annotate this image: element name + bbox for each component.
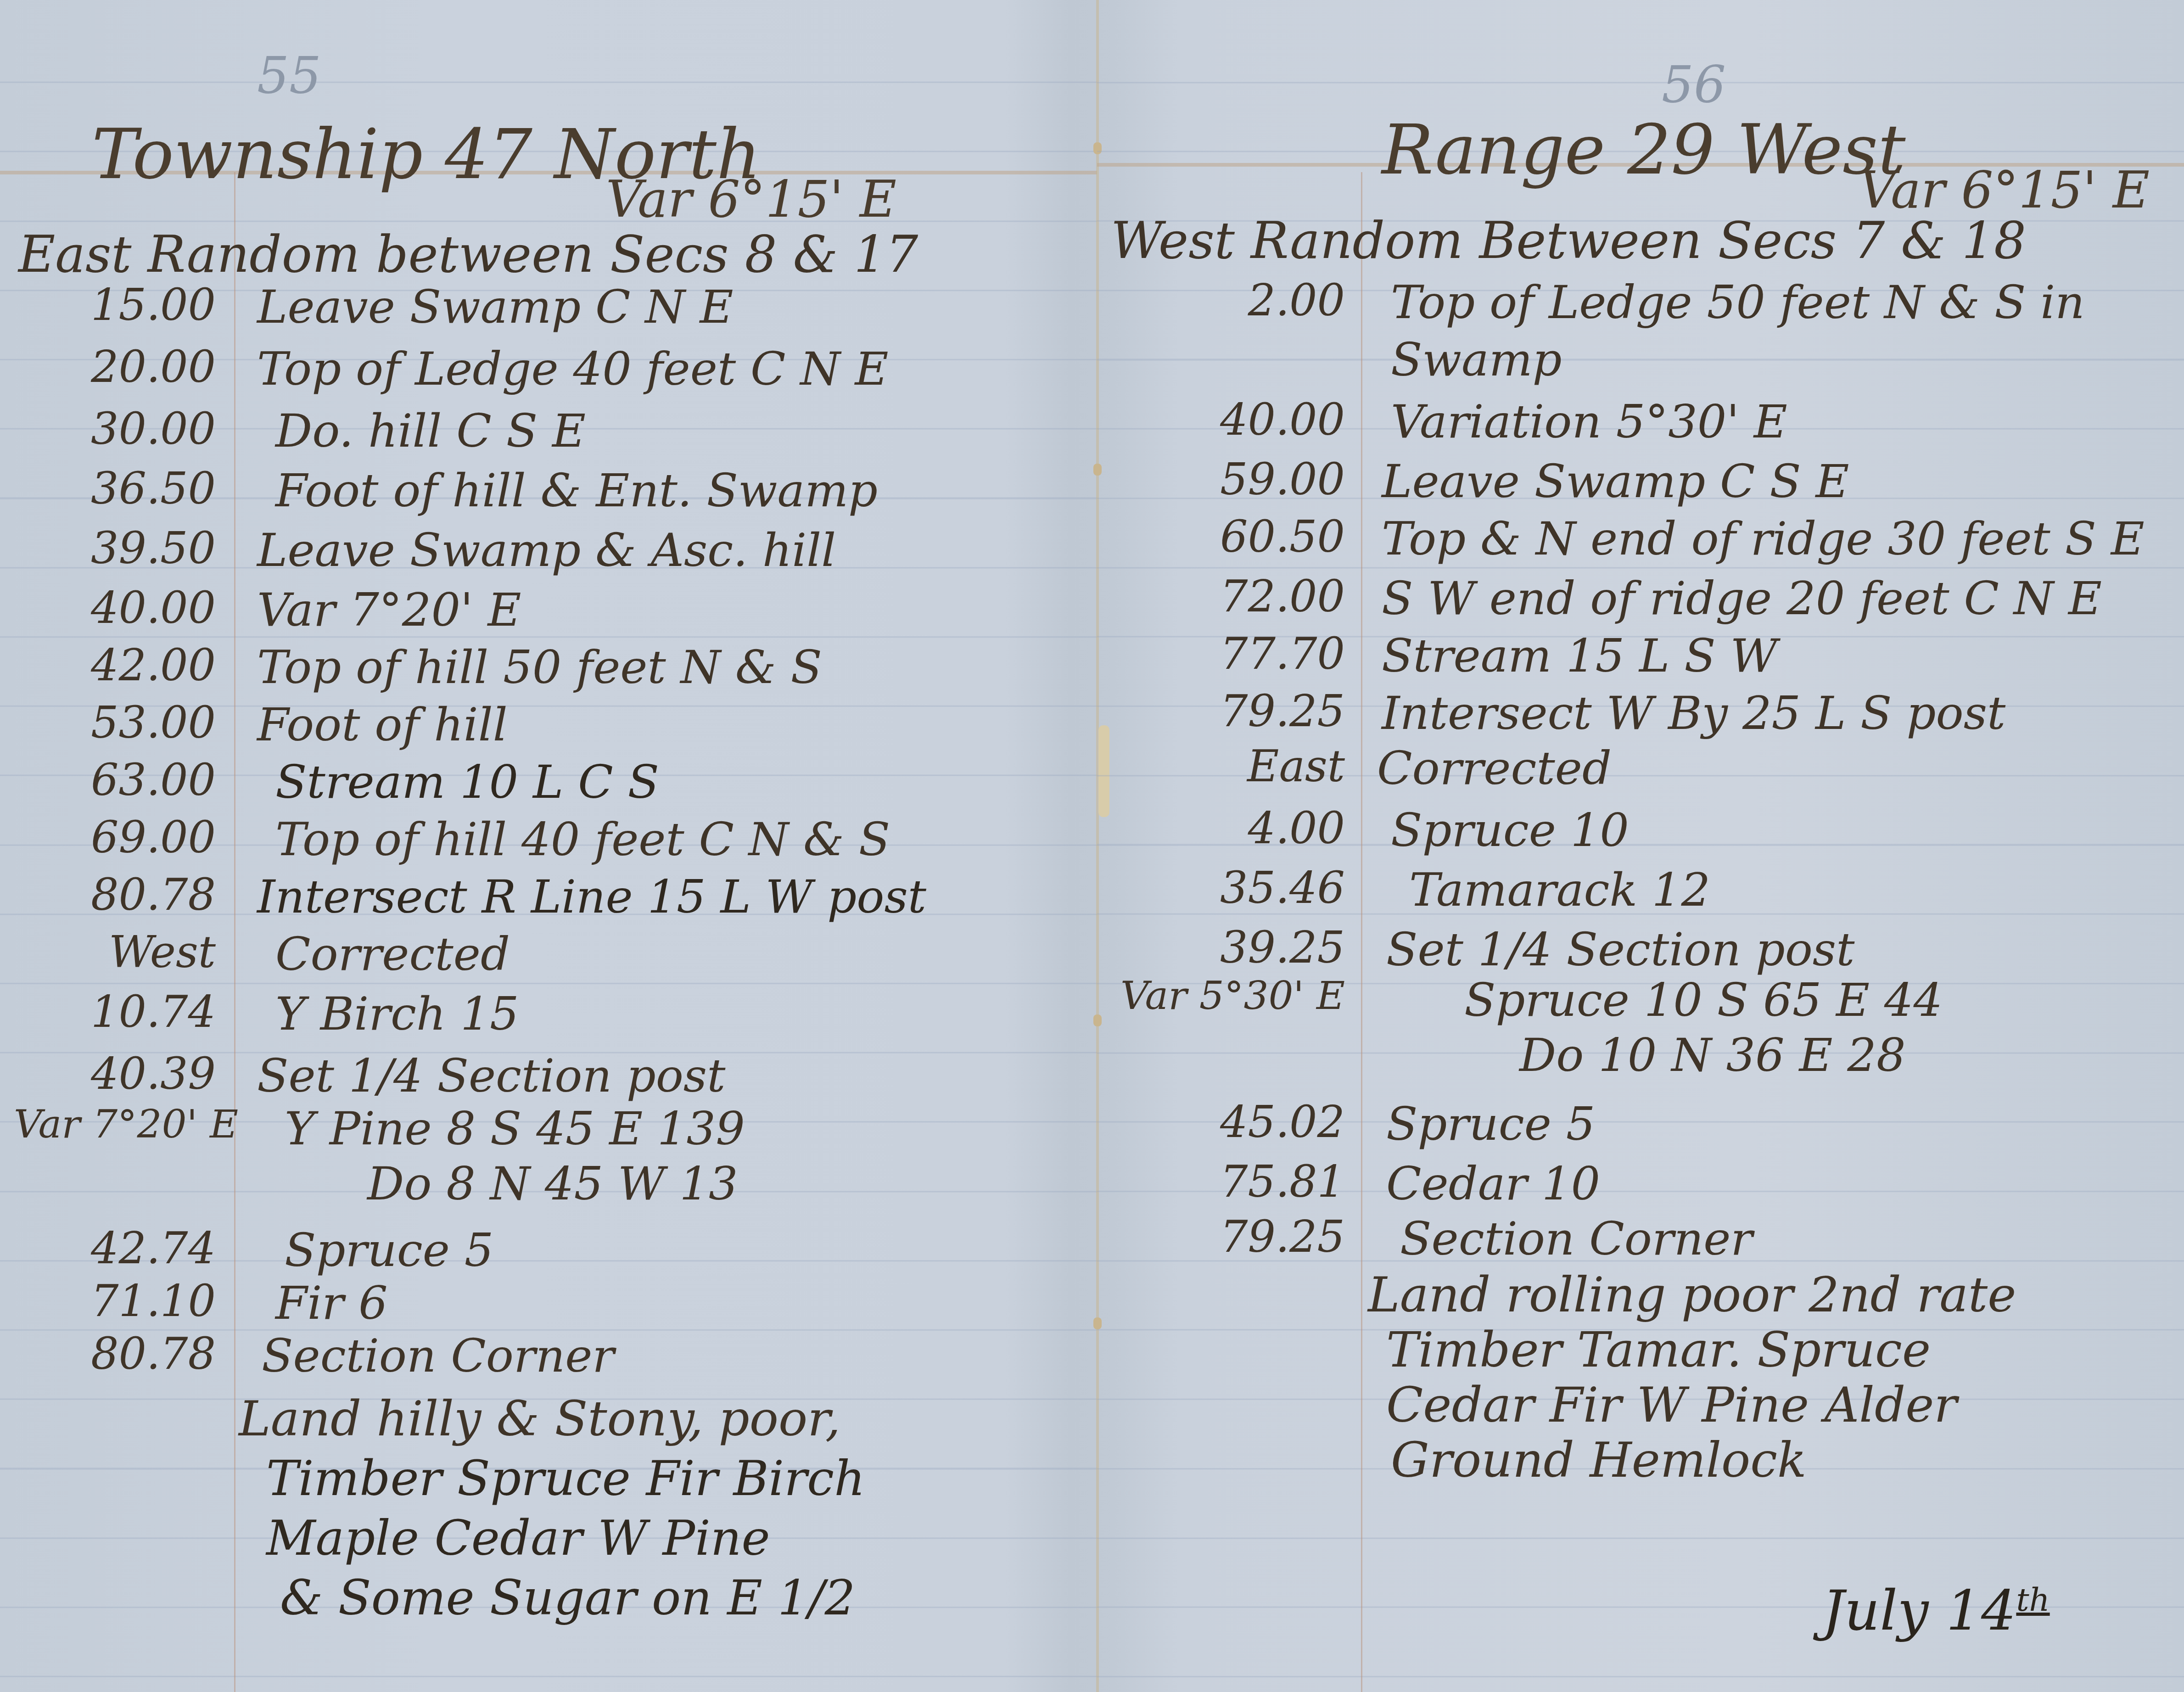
entry-distance: 71.10: [37, 1276, 216, 1327]
entry-note: Intersect R Line 15 L W post: [257, 870, 926, 924]
date-suffix: th: [2016, 1581, 2050, 1619]
entry-note: Foot of hill & Ent. Swamp: [275, 464, 878, 517]
entry-distance: 79.25: [1115, 1212, 1345, 1262]
entry-note: Top of hill 50 feet N & S: [257, 640, 822, 694]
variation-note: Var 6°15' E: [606, 170, 896, 229]
entry-distance: 40.39: [37, 1049, 216, 1099]
page-number: 56: [1662, 55, 1726, 114]
entry-note: Set 1/4 Section post: [257, 1049, 725, 1103]
entry-distance: 72.00: [1115, 571, 1345, 622]
entry-note: Cedar 10: [1386, 1157, 1600, 1210]
entry-variation: Var 5°30' E: [1097, 973, 1345, 1019]
summary-line: Cedar Fir W Pine Alder: [1386, 1377, 1957, 1433]
entry-note: Section Corner: [1400, 1212, 1753, 1266]
entry-note: Foot of hill: [257, 698, 508, 751]
entry-note: Stream 10 L C S: [275, 755, 659, 809]
entry-distance: 60.50: [1115, 512, 1345, 562]
entry-note: Intersect W By 25 L S post: [1382, 686, 2005, 740]
summary-line: Land rolling poor 2nd rate: [1368, 1267, 2016, 1323]
entry-note: Swamp: [1391, 333, 1562, 387]
line-header: East Random between Secs 8 & 17: [18, 225, 918, 284]
entry-note: Fir 6: [275, 1276, 388, 1330]
entry-distance: 36.50: [37, 464, 216, 514]
entry-note: Spruce 10: [1391, 803, 1629, 857]
entry-date: July 14th: [1822, 1579, 2050, 1643]
entry-distance: 42.74: [37, 1223, 216, 1274]
summary-line: & Some Sugar on E 1/2: [280, 1570, 855, 1626]
margin-line: [1361, 172, 1362, 1692]
entry-distance: 15.00: [37, 280, 216, 331]
entry-note: Y Pine 8 S 45 E 139: [285, 1102, 745, 1155]
summary-line: Ground Hemlock: [1391, 1432, 1807, 1488]
entry-note: Var 7°20' E: [257, 583, 521, 637]
entry-note: Y Birch 15: [275, 987, 519, 1041]
page-number: 55: [257, 46, 321, 105]
entry-note: Section Corner: [262, 1329, 614, 1383]
entry-distance: 40.00: [1115, 395, 1345, 445]
entry-distance: 39.50: [37, 523, 216, 574]
left-page: 55 Township 47 North Var 6°15' E East Ra…: [0, 0, 1097, 1692]
page-title: Range 29 West: [1382, 110, 1905, 190]
entry-distance: 40.00: [37, 583, 216, 633]
entry-distance: 80.78: [37, 870, 216, 920]
summary-line: Land hilly & Stony, poor,: [239, 1391, 840, 1447]
entry-distance: 45.02: [1115, 1097, 1345, 1148]
entry-note: Top of hill 40 feet C N & S: [275, 812, 890, 866]
entry-note: Top of Ledge 40 feet C N E: [257, 342, 889, 396]
entry-distance: 53.00: [37, 698, 216, 748]
entry-note: Do. hill C S E: [275, 404, 586, 458]
entry-note: Variation 5°30' E: [1391, 395, 1787, 448]
entry-distance: 2.00: [1115, 275, 1345, 326]
entry-distance: 4.00: [1115, 803, 1345, 854]
summary-line: Timber Tamar. Spruce: [1386, 1322, 1931, 1378]
margin-line: [234, 172, 235, 1692]
entry-note: Corrected: [1377, 741, 1612, 795]
entry-note: Spruce 5: [285, 1223, 493, 1277]
entry-distance: 35.46: [1115, 863, 1345, 913]
entry-note: Spruce 10 S 65 E 44: [1464, 973, 1943, 1027]
entry-distance: 20.00: [37, 342, 216, 392]
entry-distance: 42.00: [37, 640, 216, 691]
entry-note: S W end of ridge 20 feet C N E: [1382, 571, 2102, 625]
entry-note: Leave Swamp & Asc. hill: [257, 523, 836, 577]
entry-note: Leave Swamp C N E: [257, 280, 734, 334]
summary-line: Maple Cedar W Pine: [266, 1510, 770, 1566]
entry-note: Top & N end of ridge 30 feet S E: [1382, 512, 2145, 566]
entry-distance: 59.00: [1115, 454, 1345, 505]
date-day: 14: [1946, 1579, 2016, 1643]
line-header: West Random Between Secs 7 & 18: [1111, 211, 2026, 270]
entry-note: Spruce 5: [1386, 1097, 1595, 1151]
entry-note: Do 8 N 45 W 13: [367, 1157, 738, 1210]
entry-variation: Var 7°20' E: [14, 1102, 225, 1147]
entry-direction: West: [37, 927, 216, 978]
notebook-spread: 55 Township 47 North Var 6°15' E East Ra…: [0, 0, 2184, 1692]
entry-note: Set 1/4 Section post: [1386, 923, 1854, 976]
summary-line: Timber Spruce Fir Birch: [266, 1451, 865, 1507]
entry-note: Do 10 N 36 E 28: [1519, 1028, 1906, 1082]
entry-note: Top of Ledge 50 feet N & S in: [1391, 275, 2085, 329]
date-month: July: [1822, 1579, 1929, 1643]
entry-note: Tamarack 12: [1409, 863, 1710, 917]
right-page: 56 Range 29 West Var 6°15' E West Random…: [1097, 0, 2184, 1692]
entry-distance: 63.00: [37, 755, 216, 806]
entry-distance: 10.74: [37, 987, 216, 1037]
entry-note: Leave Swamp C S E: [1382, 454, 1849, 508]
entry-direction: East: [1115, 741, 1345, 792]
entry-distance: 75.81: [1115, 1157, 1345, 1207]
entry-distance: 39.25: [1115, 923, 1345, 973]
entry-distance: 30.00: [37, 404, 216, 454]
entry-distance: 77.70: [1115, 629, 1345, 679]
entry-distance: 79.25: [1115, 686, 1345, 737]
variation-note: Var 6°15' E: [1859, 161, 2150, 219]
entry-note: Stream 15 L S W: [1382, 629, 1777, 683]
entry-distance: 69.00: [37, 812, 216, 863]
entry-distance: 80.78: [37, 1329, 216, 1379]
entry-note: Corrected: [275, 927, 510, 981]
